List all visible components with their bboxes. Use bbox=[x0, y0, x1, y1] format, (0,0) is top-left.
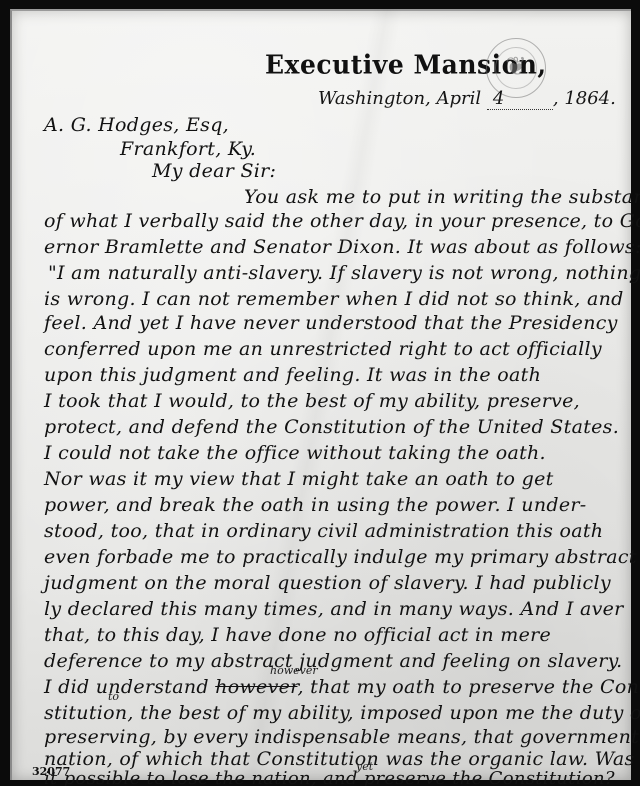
body-line-11: I could not take the office without taki… bbox=[44, 442, 546, 464]
archive-number: 32077 bbox=[32, 765, 70, 778]
date-place: Washington, bbox=[318, 88, 431, 109]
body-line-2: of what I verbally said the other day, i… bbox=[44, 210, 640, 232]
body-line-10: protect, and defend the Constitution of … bbox=[44, 416, 619, 438]
body-line-6: feel. And yet I have never understood th… bbox=[44, 312, 618, 334]
body-line-1: You ask me to put in writing the substan… bbox=[244, 186, 640, 208]
body-line-13: power, and break the oath in using the p… bbox=[44, 494, 586, 516]
date-month: April bbox=[437, 88, 482, 109]
addressee-location: Frankfort, Ky. bbox=[120, 138, 256, 160]
body-line-3: ernor Bramlette and Senator Dixon. It wa… bbox=[44, 236, 640, 258]
body-line-8: upon this judgment and feeling. It was i… bbox=[44, 364, 541, 386]
eagle-seal-icon: ❦ bbox=[501, 51, 531, 83]
body-line-18: that, to this day, I have done no offici… bbox=[44, 624, 551, 646]
body-line-7: conferred upon me an unrestricted right … bbox=[44, 338, 602, 360]
body-line-9: I took that I would, to the best of my a… bbox=[44, 390, 580, 412]
body-line-15: even forbade me to practically indulge m… bbox=[44, 546, 637, 568]
body-line-4: "I am naturally anti-slavery. If slavery… bbox=[48, 262, 640, 284]
line-20-before: I did understand bbox=[44, 676, 215, 698]
body-line-19: deference to my abstract judgment and fe… bbox=[44, 650, 622, 672]
line-20-after: , that my oath to preserve the Con- bbox=[297, 676, 640, 698]
dateline: Washington, April 4, 1864. bbox=[318, 88, 616, 110]
body-line-5: is wrong. I can not remember when I did … bbox=[44, 288, 624, 310]
body-line-17: ly declared this many times, and in many… bbox=[44, 598, 624, 620]
body-line-24: it possible to lose the nation, and pres… bbox=[44, 768, 615, 786]
struck-word: however bbox=[215, 676, 297, 698]
body-line-20: I did understand however, that my oath t… bbox=[44, 676, 640, 698]
body-line-22: preserving, by every indispensable means… bbox=[44, 726, 640, 748]
body-line-16: judgment on the moral question of slaver… bbox=[44, 572, 611, 594]
body-line-21: stitution, the best of my ability, impos… bbox=[44, 702, 640, 724]
body-line-12: Nor was it my view that I might take an … bbox=[44, 468, 554, 490]
body-line-23: nation, of which that Constitution was t… bbox=[44, 748, 635, 770]
body-line-14: stood, too, that in ordinary civil admin… bbox=[44, 520, 603, 542]
addressee: A. G. Hodges, Esq, bbox=[44, 114, 229, 136]
date-day: 4 bbox=[487, 88, 553, 110]
greeting: My dear Sir: bbox=[152, 160, 276, 182]
date-year: , 1864. bbox=[553, 88, 616, 109]
